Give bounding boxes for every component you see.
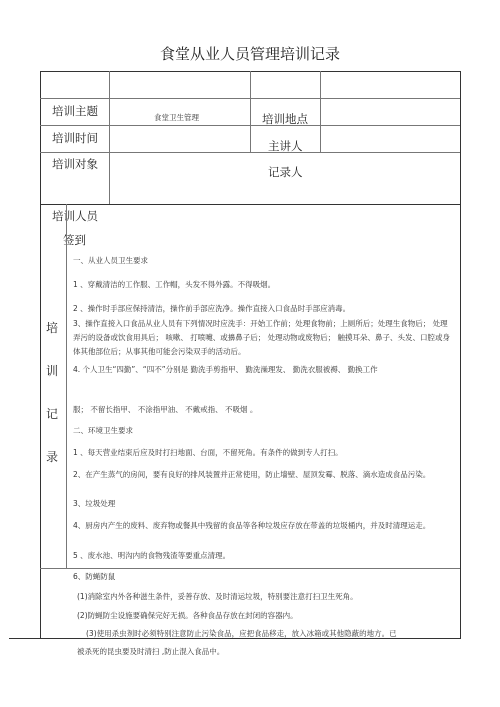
content-line: 5 、废水池、明沟内的食物残渣等要重点清理。 [73, 549, 230, 563]
content-line: 1 、每天营业结束后应及时打扫地面、台面，不留死角。有条件的做到专人打扫。 [73, 446, 343, 460]
col-divider [66, 204, 67, 568]
content-line: 一、从业人员卫生要求 [73, 254, 148, 268]
time-label: 培训时间 [52, 130, 98, 146]
col-divider [320, 71, 321, 152]
content-line: 4、厨房内产生的废料、废弃物或餐具中残留的食品等各种垃圾应存放在带盖的垃圾桶内，… [73, 519, 453, 533]
table-border-right [460, 71, 461, 638]
record-label-char: 训 [46, 362, 58, 379]
content-line: 3、垃圾处理 [73, 497, 115, 511]
recorder-label: 记录人 [268, 164, 303, 180]
content-line: 2、在产生蒸气的房间，要有良好的排风装置并正常使用，防止墙壁、屋顶发霉、脱落、滴… [73, 468, 453, 482]
lower-line: (1)消除室内外各种滋生条件，妥善存放、及时清运垃圾，特别要注意打扫卫生死角。 [77, 590, 358, 604]
content-line: 4. 个人卫生“四勤”、“四不”分别是 勤洗手剪指甲、 勤洗澡理发、 勤洗衣服被… [73, 363, 458, 377]
lower-line: 被杀死的昆虫要及时清扫 ,防止混入食品中。 [77, 645, 224, 659]
row-divider [40, 152, 460, 153]
col-divider [109, 71, 110, 204]
record-label-char: 记 [46, 405, 58, 422]
topic-label: 培训主题 [52, 103, 98, 119]
topic-value: 食堂卫生管理 [154, 112, 199, 123]
location-label: 培训地点 [262, 111, 308, 127]
col-divider [250, 71, 251, 152]
record-label-char: 录 [46, 448, 58, 465]
section-divider [40, 204, 460, 205]
lower-line: (3)使用杀虫剂时必须特别注意防止污染食品，应把食品移走，放入冰箱或其他隐蔽的地… [86, 627, 397, 641]
content-line: 二、环境卫生要求 [73, 424, 133, 438]
content-line: 1 、穿戴清洁的工作服、工作帽，头发不得外露。不得吸烟。 [73, 278, 275, 292]
content-line: 服； 不留长指甲、 不涂指甲油、 不戴戒指、 不吸烟 。 [73, 403, 257, 417]
speaker-label: 主讲人 [268, 138, 303, 154]
lower-line: (2)防蝇防尘设施要确保完好无损。各种食品存放在封闭的容器内。 [77, 609, 298, 623]
record-label-char: 培 [46, 319, 58, 336]
document-title: 食堂从业人员管理培训记录 [0, 43, 500, 64]
content-line: 3、操作直接入口食品从业人员有下列情况时应洗手：开始工作前；处理食物前；上厕所后… [73, 317, 453, 359]
content-line: 2 、操作时手部应保持清洁，操作前手部应洗净。操作直接入口食品时手部应消毒。 [73, 302, 350, 316]
lower-line: 6、防蝇防鼠 [73, 570, 115, 584]
table-border-left [40, 71, 41, 638]
row-divider [40, 568, 460, 569]
signin-label-1: 培训人员 [52, 208, 98, 224]
audience-label: 培训对象 [52, 156, 98, 172]
